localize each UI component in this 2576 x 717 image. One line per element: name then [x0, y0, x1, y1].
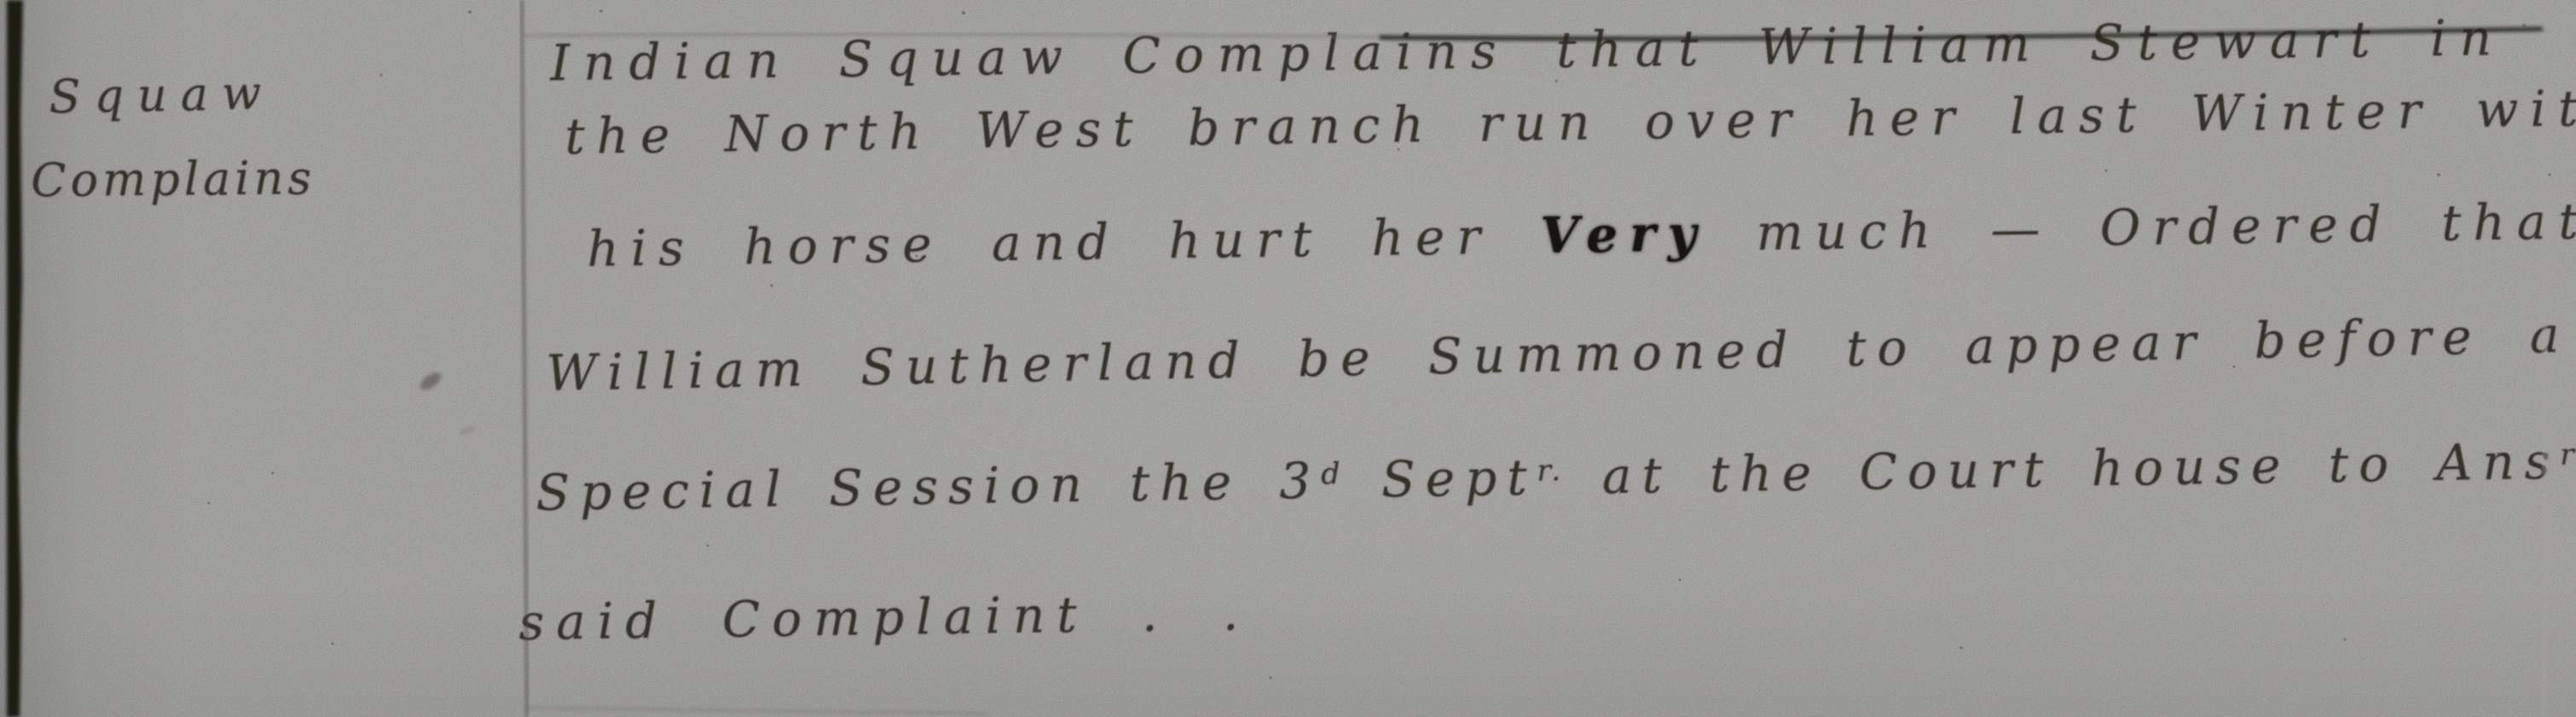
- entry-line-4: William Sutherland be Summoned to appear…: [546, 309, 2571, 399]
- entry-line-3: his horse and hurt her Very much — Order…: [587, 195, 2576, 275]
- entry-line-5-superscript-month: r.: [1537, 454, 1564, 488]
- ink-smudge: [418, 369, 476, 437]
- entry-line-2: the North West branch run over her last …: [564, 82, 2576, 163]
- entry-line-3-part-a: his horse and hurt her: [587, 206, 1541, 278]
- entry-line-5-part-c: at the Court house to Ans: [1564, 432, 2561, 506]
- entry-line-3-blotted-word: Very: [1540, 205, 1709, 265]
- entry-line-5-superscript-answer: r:: [2560, 437, 2576, 472]
- bottom-rule: [525, 708, 989, 714]
- page-edge-streak: [2543, 60, 2546, 717]
- margin-note-line-2: Complains: [31, 154, 315, 205]
- entry-line-5-part-b: Sept: [1343, 448, 1537, 510]
- entry-line-5-superscript-day: d: [1321, 457, 1344, 491]
- margin-note-line-1: Squaw: [49, 69, 275, 121]
- entry-line-1: Indian Squaw Complains that William Stew…: [550, 12, 2505, 90]
- entry-line-6: said Complaint . .: [518, 587, 1251, 649]
- entry-line-3-part-b: much — Ordered that: [1708, 192, 2576, 262]
- entry-line-5-part-a: Special Session the 3: [535, 452, 1322, 522]
- entry-line-5: Special Session the 3d Septr. at the Cou…: [535, 435, 2576, 519]
- binding-edge-bar: [7, 0, 23, 717]
- manuscript-page: Squaw Complains Indian Squaw Complains t…: [0, 0, 2576, 717]
